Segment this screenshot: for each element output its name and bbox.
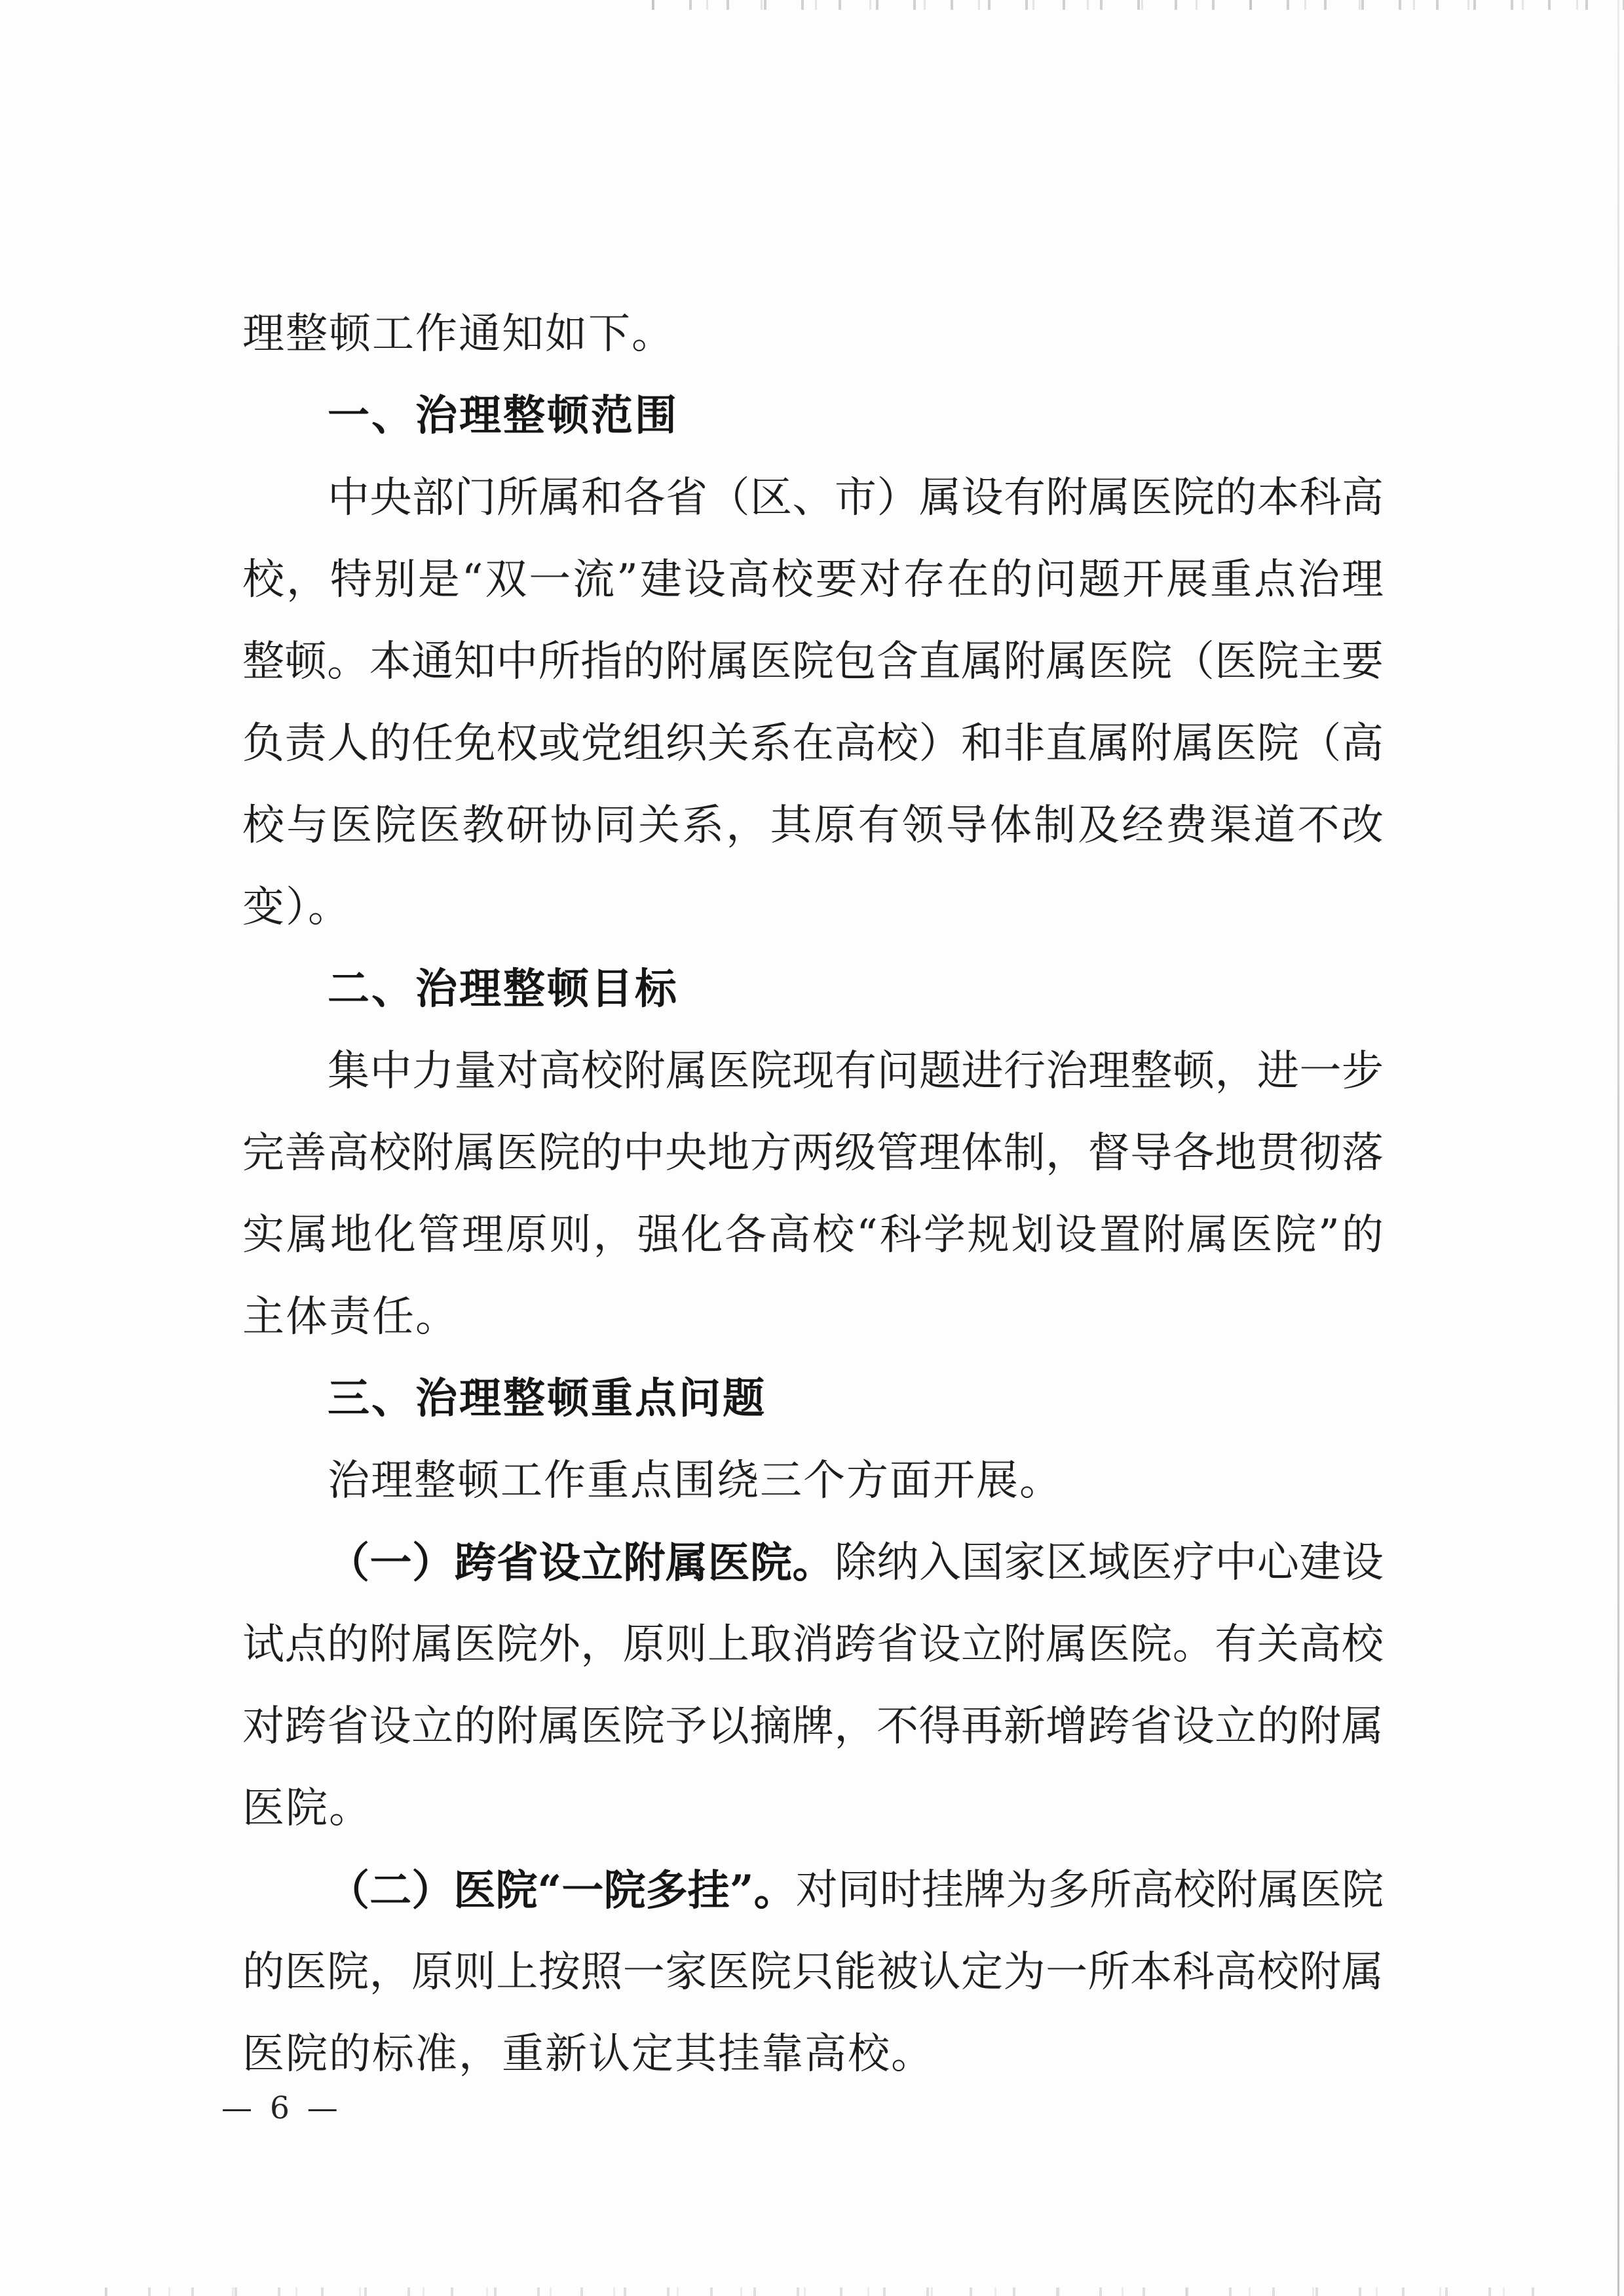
- text-run: 治理整顿工作重点围绕三个方面开展。: [328, 1457, 1063, 1505]
- text-line: 对跨省设立的附属医院予以摘牌，不得再新增跨省设立的附属: [242, 1686, 1384, 1768]
- text-line: 校与医院医教研协同关系，其原有领导体制及经费渠道不改: [242, 785, 1384, 867]
- text-line: 校，特别是“双一流”建设高校要对存在的问题开展重点治理: [242, 539, 1384, 621]
- text-line: 变）。: [242, 867, 1384, 949]
- section-heading: 二、治理整顿目标: [242, 949, 1384, 1031]
- text-line: （一）跨省设立附属医院。除纳入国家区域医疗中心建设: [242, 1522, 1384, 1604]
- section-heading: 三、治理整顿重点问题: [242, 1358, 1384, 1440]
- text-line: 中央部门所属和各省（区、市）属设有附属医院的本科高: [242, 457, 1384, 539]
- page-number: — 6 —: [221, 2089, 342, 2128]
- text-run: 变）。: [242, 883, 351, 932]
- text-line: 治理整顿工作重点围绕三个方面开展。: [242, 1440, 1384, 1522]
- text-line: 集中力量对高校附属医院现有问题进行治理整顿，进一步: [242, 1031, 1384, 1113]
- text-run: 医院的标准，重新认定其挂靠高校。: [242, 2030, 934, 2078]
- scan-edge-line: [1617, 0, 1619, 2296]
- text-run: 主体责任。: [242, 1293, 459, 1341]
- text-line: 负责人的任免权或党组织关系在高校）和非直属附属医院（高: [242, 703, 1384, 785]
- text-line: （二）医院“一院多挂”。对同时挂牌为多所高校附属医院: [242, 1850, 1384, 1932]
- text-line: 的医院，原则上按照一家医院只能被认定为一所本科高校附属: [242, 1932, 1384, 2014]
- text-run: 医院。: [242, 1784, 372, 1833]
- text-run-bold: 三、治理整顿重点问题: [328, 1375, 766, 1423]
- text-line: 医院的标准，重新认定其挂靠高校。: [242, 2014, 1384, 2095]
- text-line: 主体责任。: [242, 1276, 1384, 1358]
- document-page: 理整顿工作通知如下。一、治理整顿范围中央部门所属和各省（区、市）属设有附属医院的…: [0, 0, 1624, 2296]
- text-run-bold: 一、治理整顿范围: [328, 392, 679, 440]
- text-line: 整顿。本通知中所指的附属医院包含直属附属医院（医院主要: [242, 621, 1384, 703]
- text-run: 理整顿工作通知如下。: [242, 310, 675, 358]
- text-line: 试点的附属医院外，原则上取消跨省设立附属医院。有关高校: [242, 1604, 1384, 1686]
- scan-artifact-bottom: [105, 2287, 1559, 2296]
- text-line: 完善高校附属医院的中央地方两级管理体制，督导各地贯彻落: [242, 1113, 1384, 1195]
- document-body: 理整顿工作通知如下。一、治理整顿范围中央部门所属和各省（区、市）属设有附属医院的…: [242, 294, 1384, 2095]
- section-heading: 一、治理整顿范围: [242, 375, 1384, 457]
- text-line: 实属地化管理原则，强化各高校“科学规划设置附属医院”的: [242, 1195, 1384, 1276]
- scan-artifact-top: [652, 0, 1624, 10]
- text-line: 医院。: [242, 1768, 1384, 1850]
- text-line: 理整顿工作通知如下。: [242, 294, 1384, 375]
- text-run-bold: 二、治理整顿目标: [328, 965, 679, 1014]
